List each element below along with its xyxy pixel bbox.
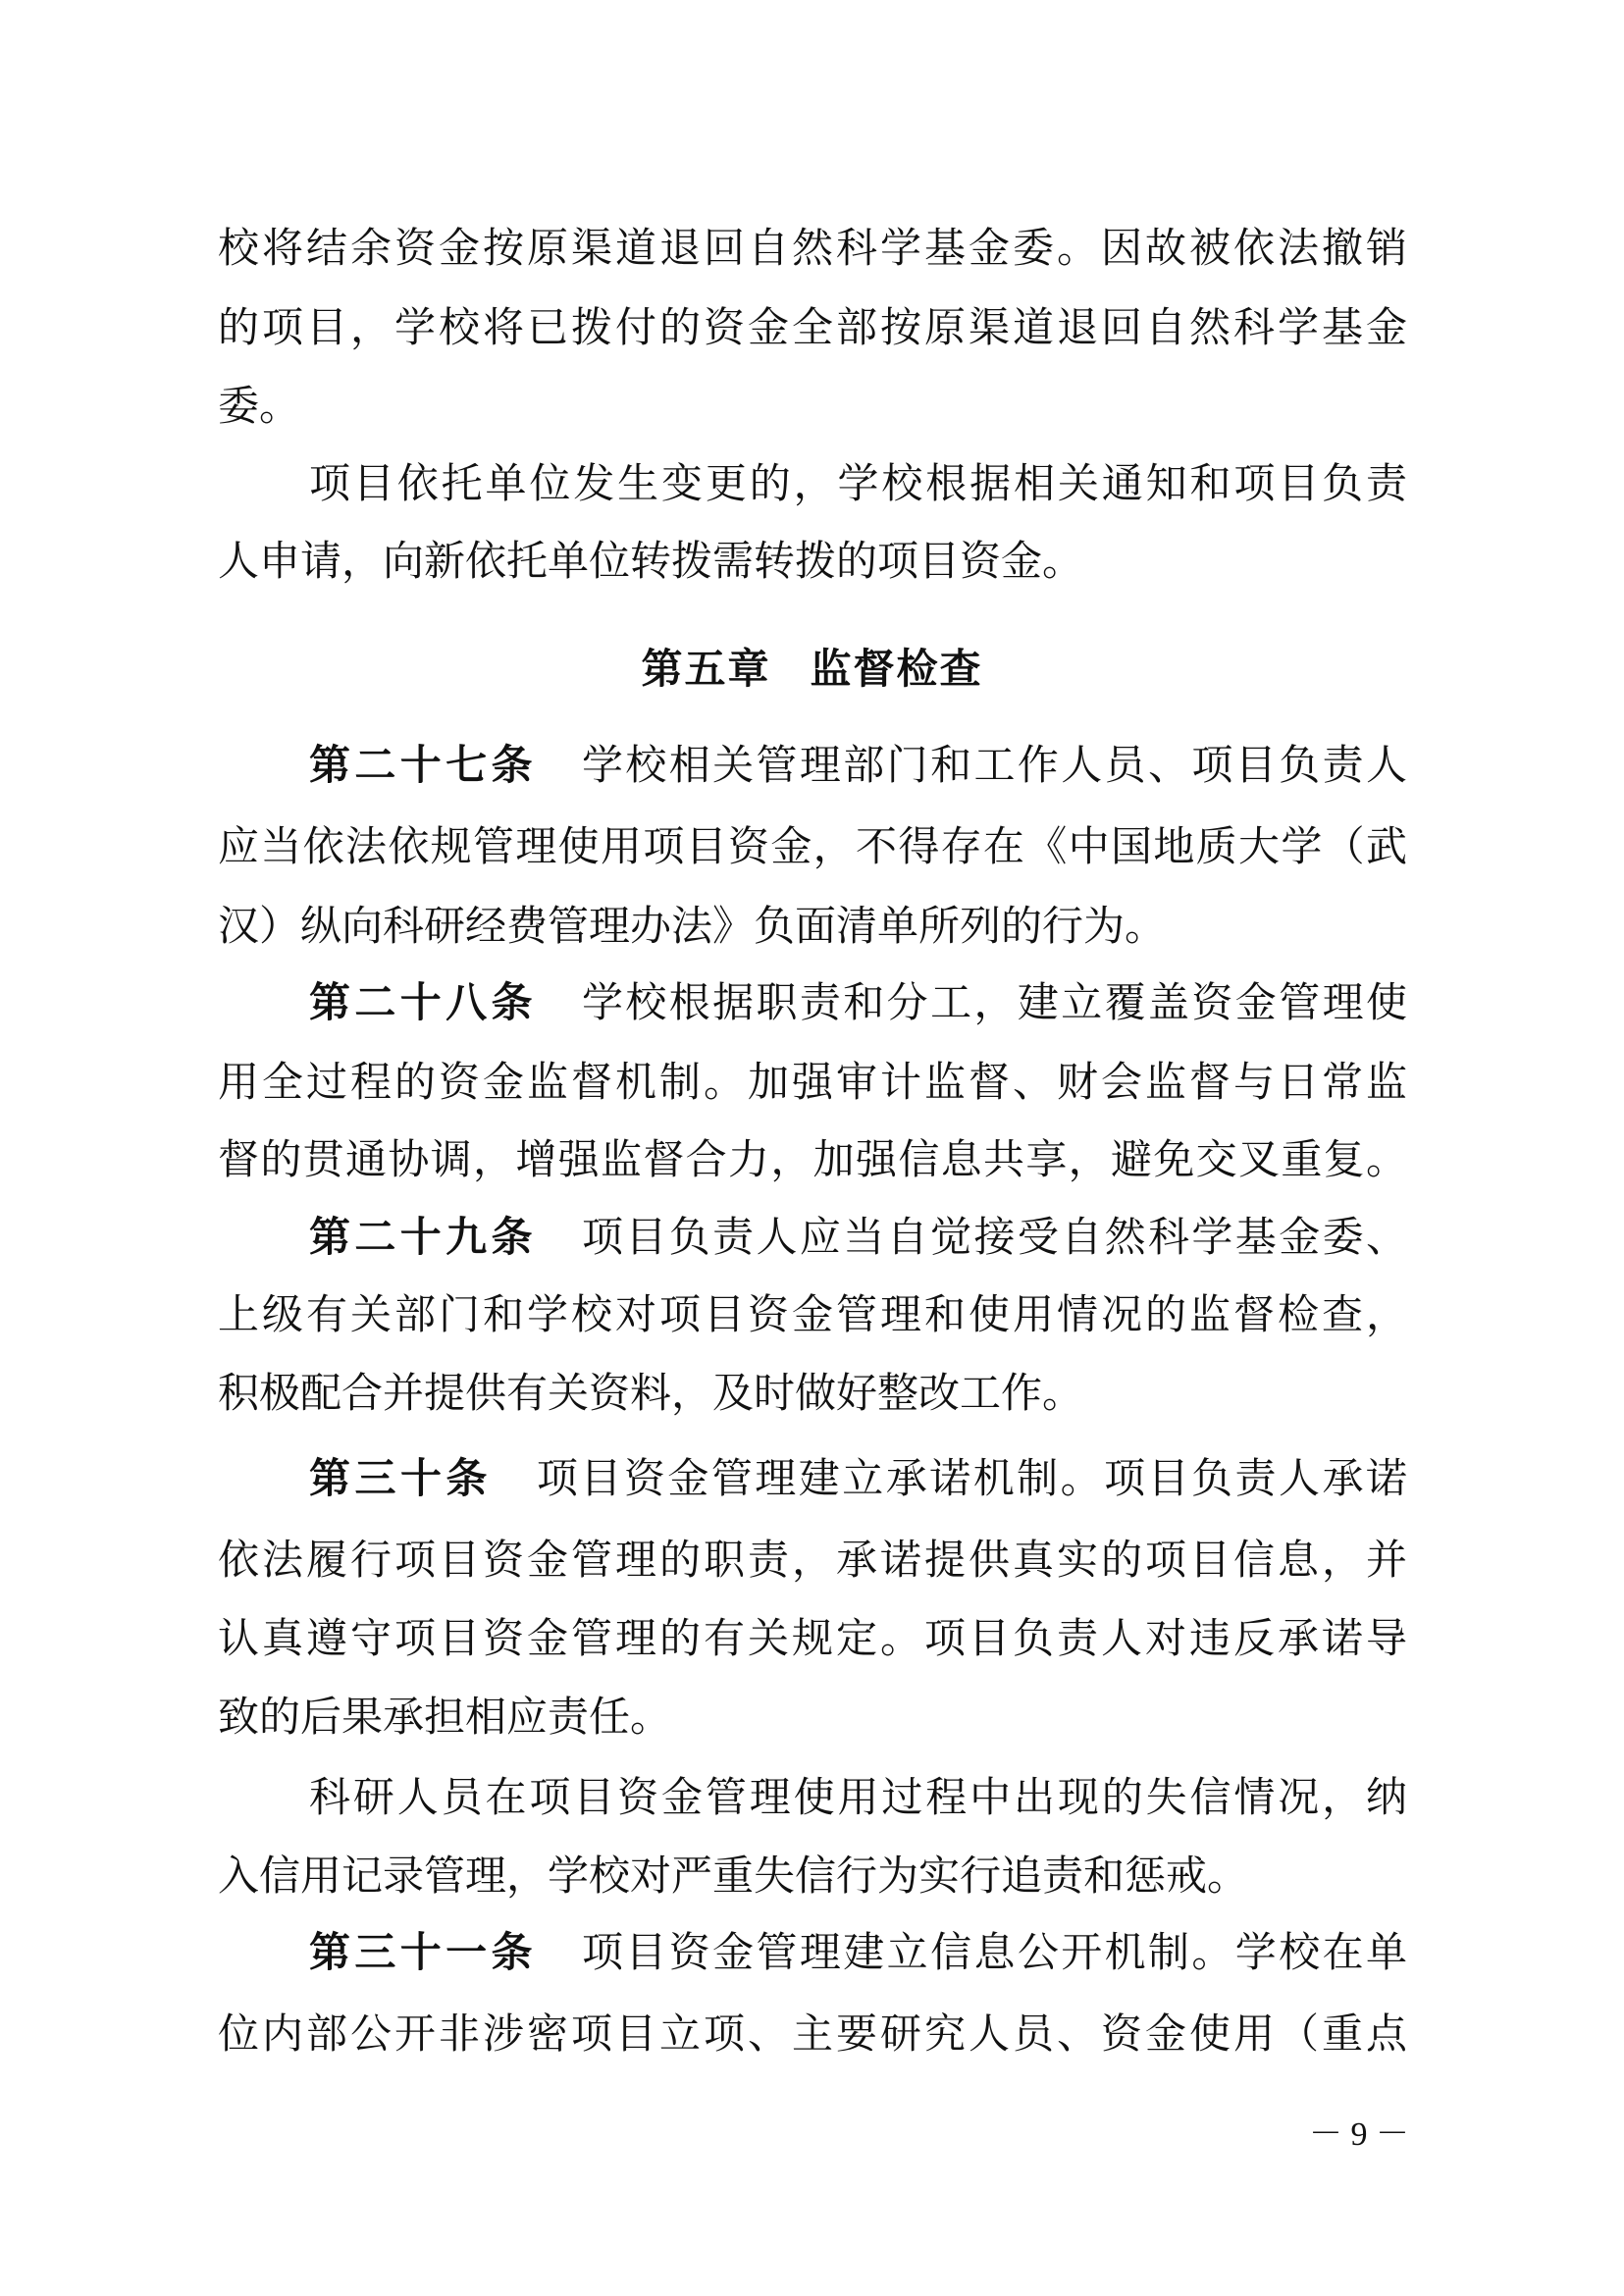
article-label: 第二十九条 [309,1213,537,1261]
paragraph-line: 的项目，学校将已拨付的资金全部按原渠道退回自然科学基金 [218,305,1407,350]
article-31-first-line: 第三十一条项目资金管理建立信息公开机制。学校在单 [218,1930,1407,1975]
paragraph-line: 位内部公开非涉密项目立项、主要研究人员、资金使用（重点 [218,2011,1407,2057]
page-number: － 9 － [1305,2115,1413,2155]
paragraph-line: 用全过程的资金监督机制。加强审计监督、财会监督与日常监 [218,1060,1407,1105]
article-27-first-line: 第二十七条学校相关管理部门和工作人员、项目负责人 [218,743,1407,788]
article-29-first-line: 第二十九条项目负责人应当自觉接受自然科学基金委、 [218,1215,1407,1260]
article-label: 第二十七条 [309,741,537,789]
paragraph-line: 认真遵守项目资金管理的有关规定。项目负责人对违反承诺导 [218,1616,1407,1661]
paragraph-line: 依法履行项目资金管理的职责，承诺提供真实的项目信息，并 [218,1538,1407,1583]
chapter-heading: 第五章监督检查 [0,646,1624,693]
article-label: 第三十一条 [309,1928,537,1976]
chapter-title: 监督检查 [811,645,983,693]
paragraph-line: 项目依托单位发生变更的，学校根据相关通知和项目负责 [218,461,1407,506]
paragraph-line: 人申请，向新依托单位转拨需转拨的项目资金。 [218,539,1407,584]
article-text: 项目资金管理建立承诺机制。项目负责人承诺 [537,1454,1407,1502]
article-28-first-line: 第二十八条学校根据职责和分工，建立覆盖资金管理使 [218,980,1407,1025]
article-text: 项目负责人应当自觉接受自然科学基金委、 [582,1213,1407,1261]
paragraph-line: 科研人员在项目资金管理使用过程中出现的失信情况，纳 [218,1775,1407,1820]
article-text: 学校相关管理部门和工作人员、项目负责人 [582,741,1407,789]
article-text: 项目资金管理建立信息公开机制。学校在单 [582,1928,1407,1976]
paragraph-line: 致的后果承担相应责任。 [218,1695,1407,1740]
article-30-first-line: 第三十条项目资金管理建立承诺机制。项目负责人承诺 [218,1456,1407,1501]
article-text: 学校根据职责和分工，建立覆盖资金管理使 [582,978,1407,1026]
paragraph-line: 汉）纵向科研经费管理办法》负面清单所列的行为。 [218,904,1407,949]
article-label: 第二十八条 [309,978,537,1026]
paragraph-line: 上级有关部门和学校对项目资金管理和使用情况的监督检查， [218,1292,1407,1337]
paragraph-line: 委。 [218,384,1407,429]
article-label: 第三十条 [309,1454,492,1502]
paragraph-line: 校将结余资金按原渠道退回自然科学基金委。因故被依法撤销 [218,226,1407,271]
document-page: 校将结余资金按原渠道退回自然科学基金委。因故被依法撤销 的项目，学校将已拨付的资… [0,0,1624,2296]
paragraph-line: 积极配合并提供有关资料，及时做好整改工作。 [218,1371,1407,1416]
paragraph-line: 应当依法依规管理使用项目资金，不得存在《中国地质大学（武 [218,824,1407,869]
paragraph-line: 督的贯通协调，增强监督合力，加强信息共享，避免交叉重复。 [218,1137,1407,1182]
chapter-number: 第五章 [641,645,770,693]
paragraph-line: 入信用记录管理，学校对严重失信行为实行追责和惩戒。 [218,1853,1407,1899]
